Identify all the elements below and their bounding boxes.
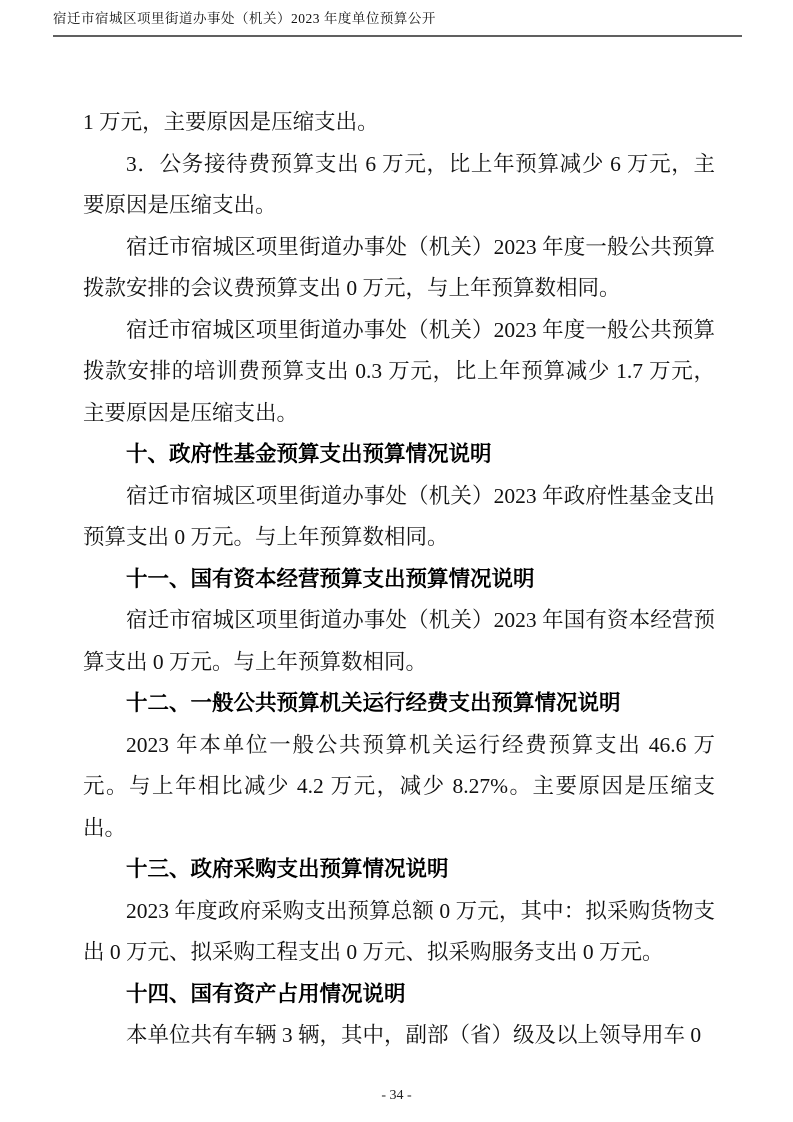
header-title: 宿迁市宿城区项里街道办事处（机关）2023 年度单位预算公开 <box>53 11 436 26</box>
section-heading-11-state-capital: 十一、国有资本经营预算支出预算情况说明 <box>83 559 715 601</box>
section-heading-10-government-funds: 十、政府性基金预算支出预算情况说明 <box>83 434 715 476</box>
body-paragraph-state-capital: 宿迁市宿城区项里街道办事处（机关）2023 年国有资本经营预算支出 0 万元。与… <box>83 600 715 683</box>
body-paragraph-meeting-fee: 宿迁市宿城区项里街道办事处（机关）2023 年度一般公共预算拨款安排的会议费预算… <box>83 227 715 310</box>
section-heading-13-procurement: 十三、政府采购支出预算情况说明 <box>83 849 715 891</box>
page-footer: - 34 - <box>0 1088 793 1104</box>
page-number: - 34 - <box>381 1088 411 1103</box>
section-heading-12-operating-expenses: 十二、一般公共预算机关运行经费支出预算情况说明 <box>83 683 715 725</box>
section-heading-14-state-assets: 十四、国有资产占用情况说明 <box>83 974 715 1016</box>
body-paragraph-training-fee: 宿迁市宿城区项里街道办事处（机关）2023 年度一般公共预算拨款安排的培训费预算… <box>83 310 715 435</box>
body-paragraph-vehicles: 本单位共有车辆 3 辆，其中，副部（省）级及以上领导用车 0 <box>83 1015 715 1057</box>
body-paragraph-procurement: 2023 年度政府采购支出预算总额 0 万元，其中：拟采购货物支出 0 万元、拟… <box>83 891 715 974</box>
body-paragraph-continuation: 1 万元，主要原因是压缩支出。 <box>83 102 715 144</box>
page-header: 宿迁市宿城区项里街道办事处（机关）2023 年度单位预算公开 <box>53 10 742 37</box>
document-body: 1 万元，主要原因是压缩支出。 3．公务接待费预算支出 6 万元，比上年预算减少… <box>83 102 715 1057</box>
body-paragraph-government-funds: 宿迁市宿城区项里街道办事处（机关）2023 年政府性基金支出预算支出 0 万元。… <box>83 476 715 559</box>
document-page: 宿迁市宿城区项里街道办事处（机关）2023 年度单位预算公开 1 万元，主要原因… <box>0 0 793 1122</box>
body-paragraph-reception-fee: 3．公务接待费预算支出 6 万元，比上年预算减少 6 万元，主要原因是压缩支出。 <box>83 144 715 227</box>
body-paragraph-operating-expenses: 2023 年本单位一般公共预算机关运行经费预算支出 46.6 万元。与上年相比减… <box>83 725 715 850</box>
